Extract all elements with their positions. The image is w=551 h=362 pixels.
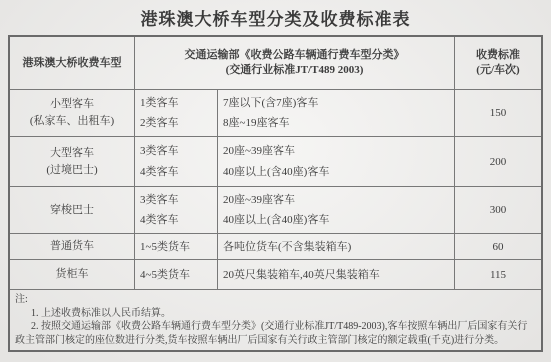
vehicle-desc-cell: 20英尺集装箱车,40英尺集装箱车 xyxy=(218,260,455,290)
vehicle-type-cell: 小型客车 (私家车、出租车) xyxy=(10,90,135,137)
vehicle-class-line: 4类客车 xyxy=(140,213,215,227)
vehicle-class-cell: 4~5类货车 xyxy=(135,260,218,290)
vehicle-class-line: 4~5类货车 xyxy=(140,268,215,282)
vehicle-type-cell: 货柜车 xyxy=(10,260,135,290)
vehicle-class-cell: 3类客车 4类客车 xyxy=(135,187,218,234)
vehicle-type-cell: 普通货车 xyxy=(10,234,135,260)
header-fee-line2: (元/车次) xyxy=(476,63,519,78)
fee-cell: 200 xyxy=(455,137,541,187)
vehicle-class-cell: 1类客车 2类客车 xyxy=(135,90,218,137)
vehicle-desc-line: 各吨位货车(不含集装箱车) xyxy=(223,240,452,254)
vehicle-desc-line: 20座~39座客车 xyxy=(223,144,452,158)
fee-cell: 150 xyxy=(455,90,541,137)
vehicle-class-line: 1~5类货车 xyxy=(140,240,215,254)
vehicle-desc-cell: 20座~39座客车 40座以上(含40座)客车 xyxy=(218,137,455,187)
vehicle-desc-line: 7座以下(含7座)客车 xyxy=(223,96,452,110)
vehicle-desc-cell: 各吨位货车(不含集装箱车) xyxy=(218,234,455,260)
header-classification: 交通运输部《收费公路车辆通行费车型分类》 (交通行业标准JT/T489 2003… xyxy=(135,37,455,90)
footnote-label: 注: xyxy=(15,293,533,307)
footnote-item: 1. 上述收费标准以人民币结算。 xyxy=(15,307,533,321)
vehicle-desc-cell: 7座以下(含7座)客车 8座~19座客车 xyxy=(218,90,455,137)
page-title: 港珠澳大桥车型分类及收费标准表 xyxy=(0,5,551,30)
fee-cell: 115 xyxy=(455,260,541,290)
vehicle-class-line: 3类客车 xyxy=(140,193,215,207)
scanned-document: 港珠澳大桥车型分类及收费标准表 港珠澳大桥收费车型 交通运输部《收费公路车辆通行… xyxy=(0,0,551,362)
vehicle-class-cell: 3类客车 4类客车 xyxy=(135,137,218,187)
vehicle-type-cell: 穿梭巴士 xyxy=(10,187,135,234)
header-classification-line2: (交通行业标准JT/T489 2003) xyxy=(226,63,364,78)
vehicle-class-line: 4类客车 xyxy=(140,165,215,179)
vehicle-desc-line: 20英尺集装箱车,40英尺集装箱车 xyxy=(223,268,452,282)
header-fee: 收费标准 (元/车次) xyxy=(455,37,541,90)
vehicle-class-line: 3类客车 xyxy=(140,144,215,158)
header-vehicle-type: 港珠澳大桥收费车型 xyxy=(10,37,135,90)
vehicle-class-cell: 1~5类货车 xyxy=(135,234,218,260)
header-fee-line1: 收费标准 xyxy=(476,48,520,63)
fee-cell: 300 xyxy=(455,187,541,234)
vehicle-class-line: 2类客车 xyxy=(140,116,215,130)
fee-cell: 60 xyxy=(455,234,541,260)
toll-table: 港珠澳大桥收费车型 交通运输部《收费公路车辆通行费车型分类》 (交通行业标准JT… xyxy=(8,35,543,352)
vehicle-desc-cell: 20座~39座客车 40座以上(含40座)客车 xyxy=(218,187,455,234)
vehicle-desc-line: 40座以上(含40座)客车 xyxy=(223,165,452,179)
vehicle-type-cell: 大型客车 (过境巴士) xyxy=(10,137,135,187)
footnote-item: 2. 按照交通运输部《收费公路车辆通行费车型分类》(交通行业标准JT/T489-… xyxy=(15,320,533,347)
vehicle-desc-line: 40座以上(含40座)客车 xyxy=(223,213,452,227)
footnotes: 注: 1. 上述收费标准以人民币结算。 2. 按照交通运输部《收费公路车辆通行费… xyxy=(10,290,541,350)
vehicle-class-line: 1类客车 xyxy=(140,96,215,110)
vehicle-desc-line: 8座~19座客车 xyxy=(223,116,452,130)
vehicle-desc-line: 20座~39座客车 xyxy=(223,193,452,207)
header-classification-line1: 交通运输部《收费公路车辆通行费车型分类》 xyxy=(185,48,405,63)
